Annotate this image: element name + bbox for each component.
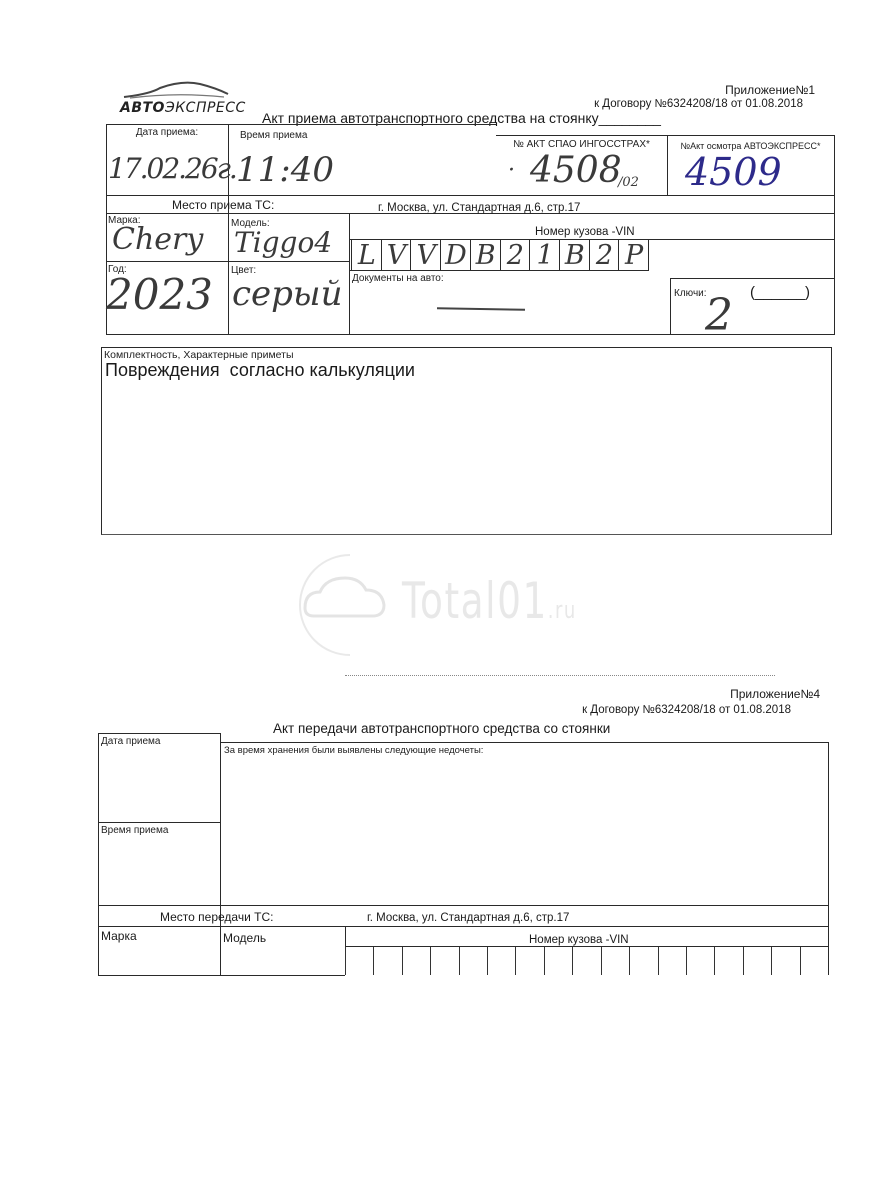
model-value: Tiggo4 <box>234 226 332 259</box>
act-ingos-label: № АКТ СПАО ИНГОССТРАХ* <box>496 139 667 150</box>
documents-label: Документы на авто: <box>352 273 444 284</box>
release-place-label: Место передачи ТС: <box>160 910 273 924</box>
car-silhouette-icon <box>120 78 232 100</box>
keys-label: Ключи: <box>674 288 707 299</box>
place-label: Место приема ТС: <box>172 198 274 212</box>
vin-char-cell: 2 <box>589 240 620 270</box>
keys-paren: (______) <box>750 284 810 301</box>
act-ingos-value: 4508 <box>530 150 622 191</box>
act-ingos-prefix: · <box>508 158 515 183</box>
contract-reference: к Договору №6324208/18 от 01.08.2018 <box>594 98 803 110</box>
completeness-value: Повреждения согласно калькуляции <box>105 360 415 381</box>
total01-watermark: Total01.ru <box>290 550 610 660</box>
release-model-label: Модель <box>223 931 266 945</box>
vin-empty-cell[interactable] <box>601 947 630 975</box>
logo-thin: ЭКСПРЕСС <box>165 100 246 116</box>
year-value: 2023 <box>106 270 213 319</box>
vin-empty-cell[interactable] <box>430 947 459 975</box>
vin-char-cell: B <box>470 240 501 270</box>
vin-char-cell: V <box>410 240 441 270</box>
defects-label: За время хранения были выявлены следующи… <box>224 745 483 756</box>
time-label: Время приема <box>240 130 307 141</box>
appendix2-title: Приложение№4 <box>730 687 820 701</box>
vin-char-cell: P <box>618 240 649 270</box>
vin-empty-cell[interactable] <box>487 947 516 975</box>
appendix-title: Приложение№1 <box>725 83 815 97</box>
watermark-text: Total01 <box>402 572 548 630</box>
vin-char-cell: L <box>351 240 382 270</box>
act2-title: Акт передачи автотранспортного средства … <box>273 721 610 736</box>
release-vin-label: Номер кузова -VIN <box>529 934 629 946</box>
keys-value: 2 <box>705 290 733 341</box>
vin-empty-cell[interactable] <box>658 947 687 975</box>
watermark-car-logo-icon <box>290 550 400 660</box>
logo-bold: АВТО <box>120 100 165 116</box>
act-title-blank: ________ <box>599 110 661 126</box>
vin-char-cell: V <box>381 240 412 270</box>
make-value: Chery <box>112 222 203 257</box>
defects-field[interactable] <box>221 758 827 904</box>
vin-char-cell: 2 <box>500 240 531 270</box>
date-value: 17.02.26г. <box>108 152 236 185</box>
vin-empty-cell[interactable] <box>800 947 829 975</box>
contract2-reference: к Договору №6324208/18 от 01.08.2018 <box>582 704 791 716</box>
date-label: Дата приема: <box>106 127 228 138</box>
release-time-label: Время приема <box>101 825 168 836</box>
vin-char-cell: B <box>559 240 590 270</box>
vin-empty-cell[interactable] <box>714 947 743 975</box>
vin-empty-cell[interactable] <box>771 947 800 975</box>
separator-line <box>345 675 775 676</box>
vin-empty-cell[interactable] <box>402 947 431 975</box>
vin-empty-cell[interactable] <box>572 947 601 975</box>
completeness-box: Комплектность, Характерные приметы Повре… <box>101 347 832 535</box>
place-value: г. Москва, ул. Стандартная д.6, стр.17 <box>378 202 580 214</box>
release-make-field[interactable] <box>99 944 219 974</box>
vin-empty-cell[interactable] <box>373 947 402 975</box>
vin-empty-cell[interactable] <box>629 947 658 975</box>
color-value: серый <box>232 274 343 314</box>
vin-empty-cell[interactable] <box>459 947 488 975</box>
watermark-suffix: .ru <box>548 596 577 624</box>
vin-label: Номер кузова -VIN <box>535 226 635 238</box>
autoexpress-logo: АВТОЭКСПРЕСС <box>120 78 232 122</box>
release-make-label: Марка <box>101 929 137 943</box>
documents-dash <box>437 307 525 311</box>
act-ingos-suffix: /02 <box>618 175 639 190</box>
vin-empty-cell[interactable] <box>544 947 573 975</box>
vin-empty-cell[interactable] <box>686 947 715 975</box>
release-date-field[interactable] <box>99 750 219 820</box>
vin-empty-cell[interactable] <box>515 947 544 975</box>
vin-empty-cell[interactable] <box>743 947 772 975</box>
release-model-field[interactable] <box>221 944 344 974</box>
release-place-value: г. Москва, ул. Стандартная д.6, стр.17 <box>367 912 569 924</box>
release-time-field[interactable] <box>99 838 219 904</box>
vin-char-cell: D <box>440 240 471 270</box>
vin-char-cell: 1 <box>529 240 560 270</box>
vin-empty-cell[interactable] <box>345 947 374 975</box>
release-date-label: Дата приема <box>101 736 160 747</box>
act-autoexpress-value: 4509 <box>685 150 782 194</box>
time-value: 11:40 <box>236 150 334 190</box>
